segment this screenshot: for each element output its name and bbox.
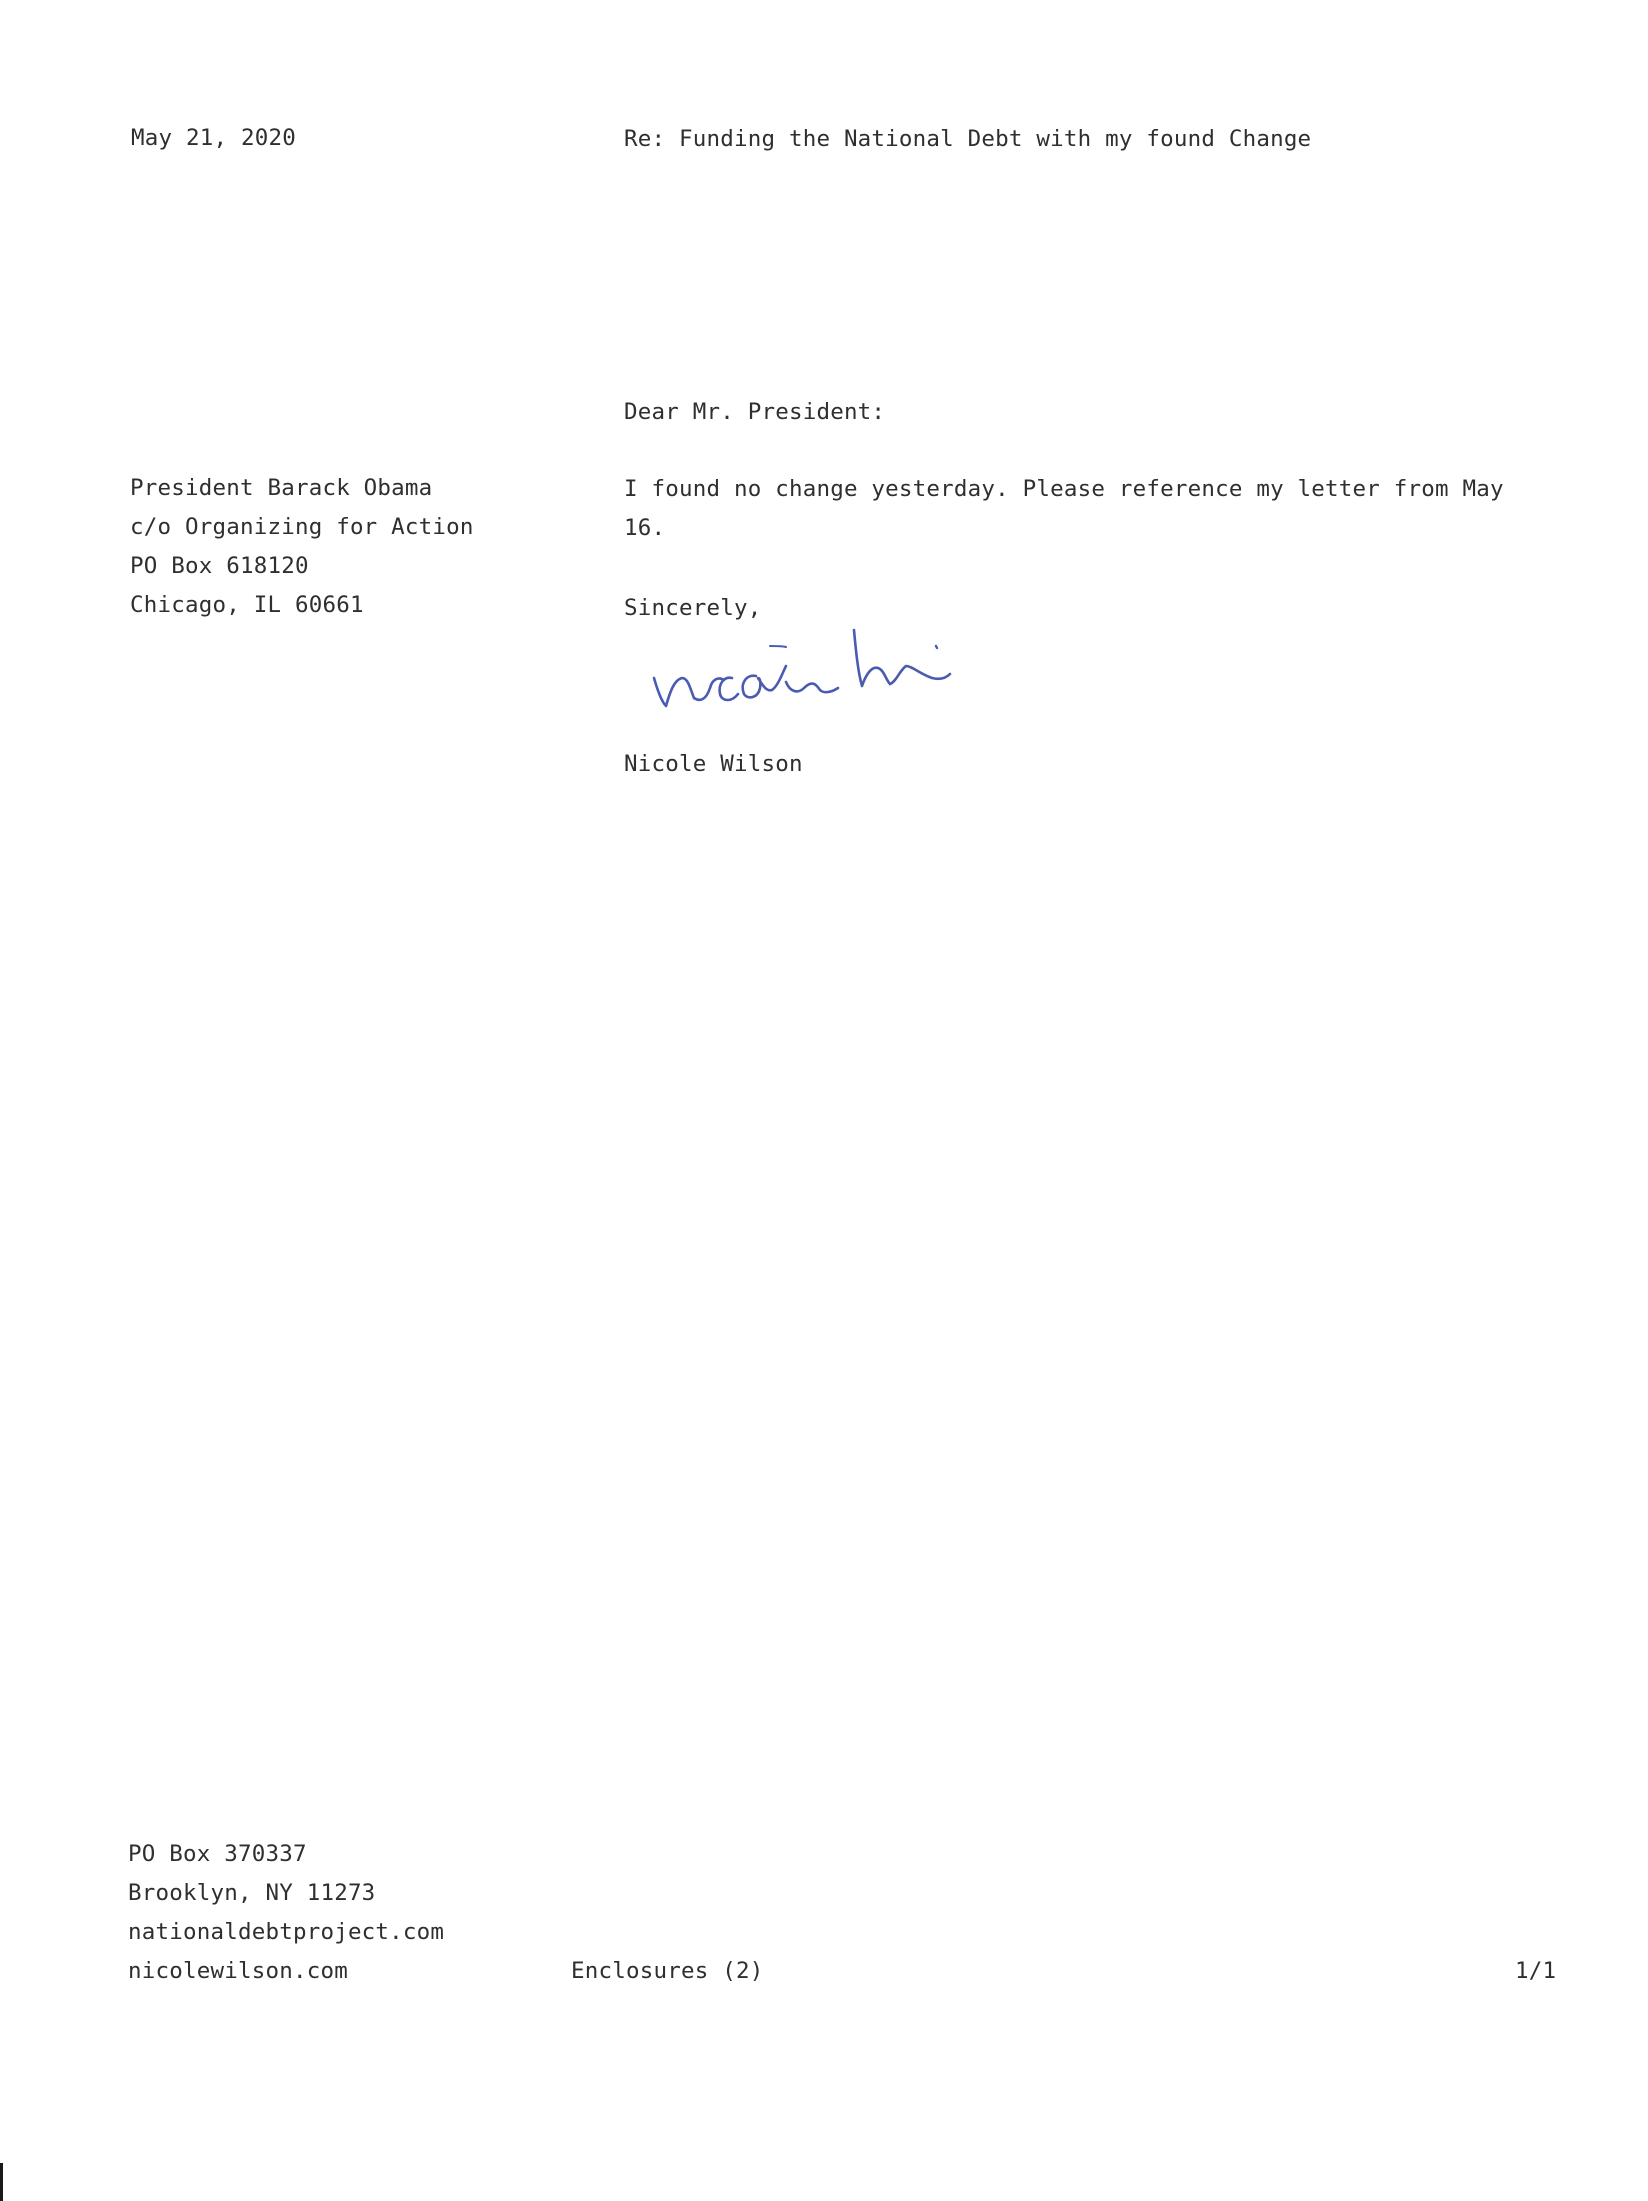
sender-website-personal: nicolewilson.com xyxy=(128,1952,444,1991)
recipient-city: Chicago, IL 60661 xyxy=(130,586,474,625)
page-number: 1/1 xyxy=(1515,1952,1556,1991)
enclosures-note: Enclosures (2) xyxy=(571,1952,763,1991)
recipient-organization: c/o Organizing for Action xyxy=(130,508,474,547)
sender-po-box: PO Box 370337 xyxy=(128,1835,444,1874)
sender-address: PO Box 370337 Brooklyn, NY 11273 nationa… xyxy=(128,1835,444,1991)
recipient-po-box: PO Box 618120 xyxy=(130,547,474,586)
handwritten-signature xyxy=(648,622,968,717)
letter-subject: Re: Funding the National Debt with my fo… xyxy=(624,120,1311,159)
salutation: Dear Mr. President: xyxy=(624,393,885,432)
letter-body: I found no change yesterday. Please refe… xyxy=(624,470,1504,548)
letter-date: May 21, 2020 xyxy=(131,119,296,158)
sender-city: Brooklyn, NY 11273 xyxy=(128,1874,444,1913)
signature-icon xyxy=(648,622,968,717)
scan-edge-mark xyxy=(0,2163,3,2201)
signer-name: Nicole Wilson xyxy=(624,745,803,784)
body-line: 16. xyxy=(624,509,1504,548)
sender-website-project: nationaldebtproject.com xyxy=(128,1913,444,1952)
recipient-address: President Barack Obama c/o Organizing fo… xyxy=(130,469,474,625)
recipient-name: President Barack Obama xyxy=(130,469,474,508)
body-line: I found no change yesterday. Please refe… xyxy=(624,470,1504,509)
